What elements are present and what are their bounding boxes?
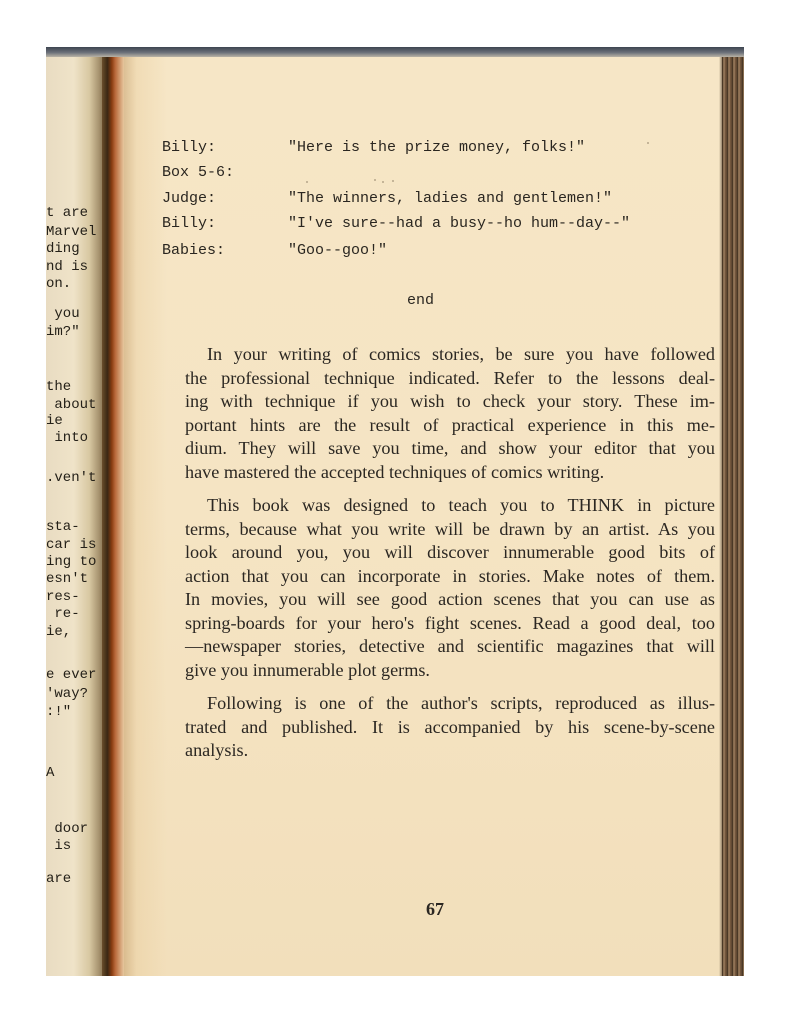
book-gutter <box>102 57 124 976</box>
previous-page-line: sta- <box>46 518 80 536</box>
paper-speck <box>647 142 649 144</box>
page-number: 67 <box>426 899 444 920</box>
text-line: portant hints are the result of practica… <box>185 414 715 438</box>
book-scan: t areMarveldingnd ison. youim?"the about… <box>46 47 744 976</box>
text-line: terms, because what you write will be dr… <box>185 518 715 542</box>
page-stack-edge <box>722 47 744 976</box>
script-speaker: Judge: <box>162 190 216 207</box>
text-line: This book was designed to teach you to T… <box>185 494 715 518</box>
script-dialogue: "I've sure--had a busy--ho hum--day--" <box>288 215 630 232</box>
paper-speck <box>392 180 394 182</box>
text-line: —newspaper stories, detective and scient… <box>185 635 715 659</box>
previous-page-line: e ever <box>46 666 96 684</box>
previous-page-line: into <box>46 429 88 447</box>
previous-page-line: :!" <box>46 703 71 721</box>
previous-page-fragment: t areMarveldingnd ison. youim?"the about… <box>46 57 108 976</box>
script-speaker: Babies: <box>162 242 225 259</box>
previous-page-line: ding <box>46 240 80 258</box>
script-dialogue: "Here is the prize money, folks!" <box>288 139 585 156</box>
script-speaker: Billy: <box>162 139 216 156</box>
scan-top-shadow <box>46 47 744 57</box>
body-text: In your writing of comics stories, be su… <box>185 343 715 763</box>
previous-page-line: ie <box>46 412 63 430</box>
text-line: analysis. <box>185 739 715 763</box>
text-line: have mastered the accepted techniques of… <box>185 461 715 485</box>
text-line: In movies, you will see good action scen… <box>185 588 715 612</box>
paper-speck <box>382 181 384 183</box>
previous-page-line: res- <box>46 588 80 606</box>
previous-page-line: car is <box>46 536 96 554</box>
text-line: In your writing of comics stories, be su… <box>185 343 715 367</box>
previous-page-line: t are <box>46 204 88 222</box>
previous-page-line: you <box>46 305 80 323</box>
text-line: dium. They will save you time, and show … <box>185 437 715 461</box>
text-line: spring-boards for your hero's fight scen… <box>185 612 715 636</box>
script-dialogue: "The winners, ladies and gentlemen!" <box>288 190 612 207</box>
previous-page-line: re- <box>46 605 80 623</box>
previous-page-line: the <box>46 378 71 396</box>
previous-page-line: door <box>46 820 88 838</box>
text-line: the professional technique indicated. Re… <box>185 367 715 391</box>
previous-page-line: nd is <box>46 258 88 276</box>
script-end-label: end <box>407 292 434 309</box>
paper-speck <box>374 179 376 181</box>
previous-page-line: im?" <box>46 323 80 341</box>
paragraph: In your writing of comics stories, be su… <box>185 343 715 484</box>
text-line: look around you, you will discover innum… <box>185 541 715 565</box>
text-line: trated and published. It is accompanied … <box>185 716 715 740</box>
text-line: Following is one of the author's scripts… <box>185 692 715 716</box>
previous-page-line: on. <box>46 275 71 293</box>
previous-page-line: esn't <box>46 570 88 588</box>
text-line: ing with technique if you wish to check … <box>185 390 715 414</box>
previous-page-line: is <box>46 837 71 855</box>
script-speaker: Billy: <box>162 215 216 232</box>
previous-page-line: A <box>46 764 54 782</box>
page-67: Billy:"Here is the prize money, folks!"B… <box>112 57 724 976</box>
previous-page-line: ie, <box>46 623 71 641</box>
text-line: give you innumerable plot germs. <box>185 659 715 683</box>
previous-page-line: ing to <box>46 553 96 571</box>
paragraph: Following is one of the author's scripts… <box>185 692 715 763</box>
text-line: action that you can incorporate in stori… <box>185 565 715 589</box>
previous-page-line: are <box>46 870 71 888</box>
paper-speck <box>306 181 308 183</box>
script-dialogue: "Goo--goo!" <box>288 242 387 259</box>
previous-page-line: .ven't <box>46 469 96 487</box>
paragraph: This book was designed to teach you to T… <box>185 494 715 682</box>
script-speaker: Box 5-6: <box>162 164 234 181</box>
previous-page-line: 'way? <box>46 685 88 703</box>
previous-page-line: Marvel <box>46 223 96 241</box>
